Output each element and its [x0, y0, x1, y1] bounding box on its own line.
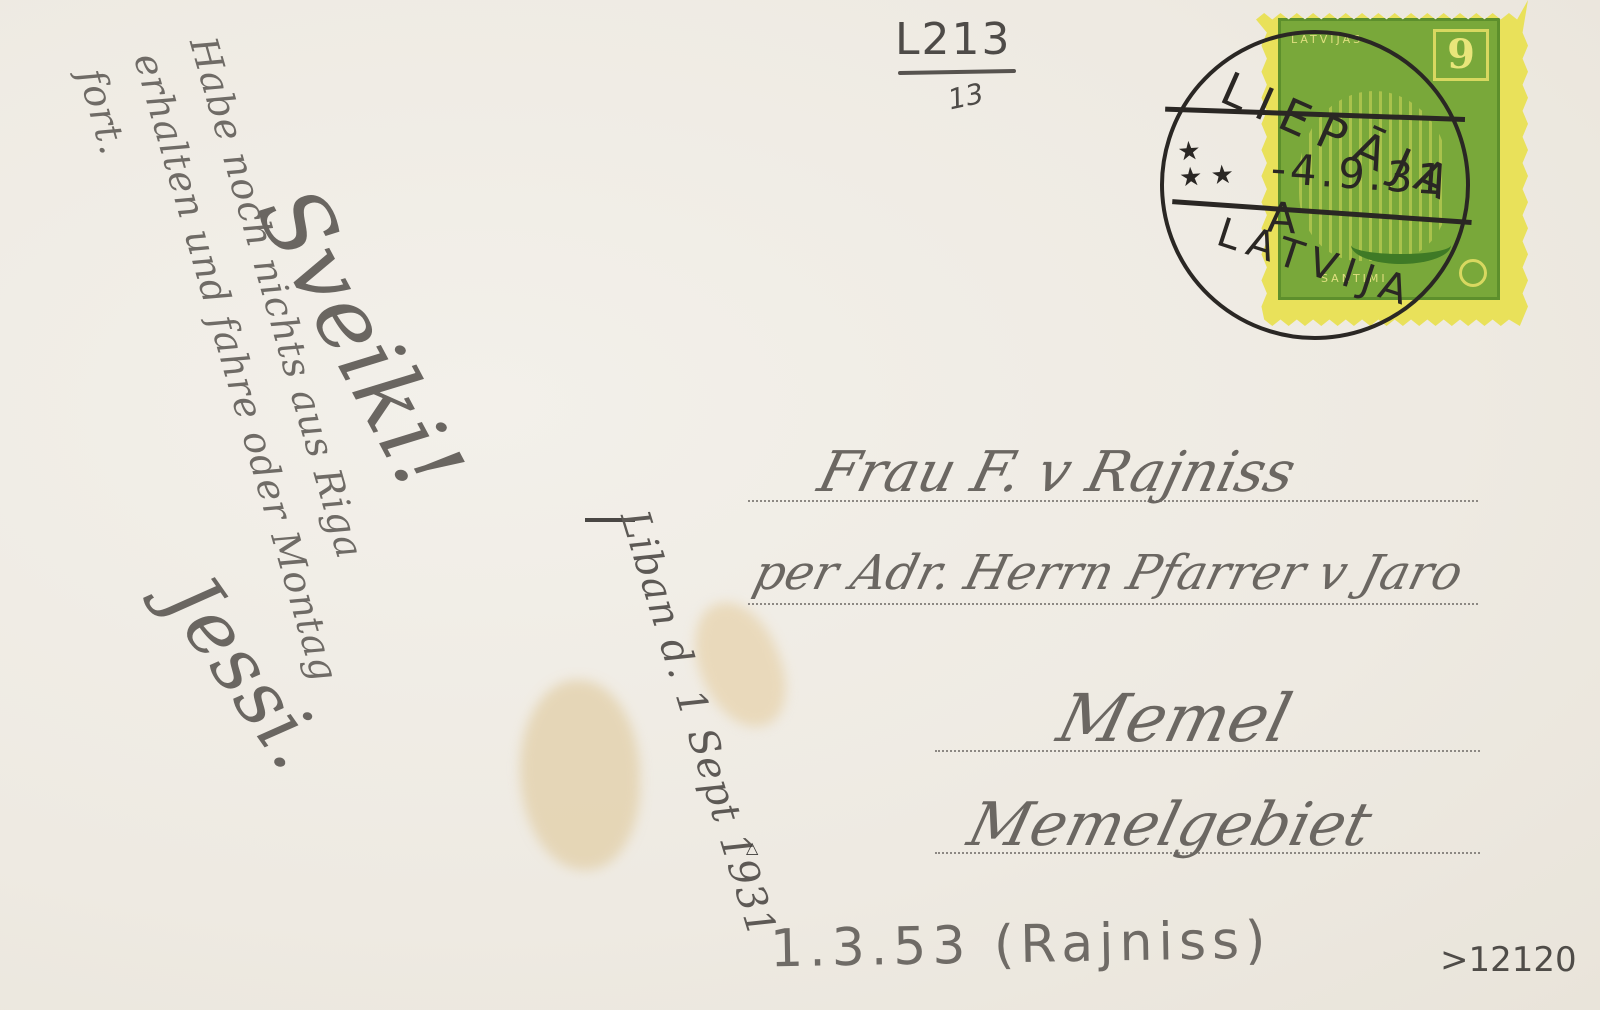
archive-reference: L213: [895, 14, 1012, 65]
postcard-back: Habe noch nichts aus Riga erhalten und f…: [0, 0, 1600, 1010]
star-icon: ★★ ★: [1176, 136, 1234, 192]
address-rule: [748, 603, 1478, 605]
corner-mark: △: [746, 838, 758, 857]
address-line-1: Frau F. v Rajniss: [812, 440, 1302, 505]
archive-note: 1.3.53 (Rajniss): [770, 911, 1272, 980]
archive-id: >12120: [1440, 940, 1577, 980]
address-line-2: per Adr. Herrn Pfarrer v Jaro: [748, 545, 1468, 601]
address-line-4: Memelgebiet: [961, 790, 1378, 860]
stamp-value: 9: [1433, 29, 1489, 81]
address-line-3: Memel: [1050, 680, 1299, 757]
stain: [520, 680, 640, 870]
rosette-icon: [1459, 259, 1487, 287]
archive-sub-number: 13: [945, 77, 987, 117]
reference-underline: [898, 69, 1016, 75]
